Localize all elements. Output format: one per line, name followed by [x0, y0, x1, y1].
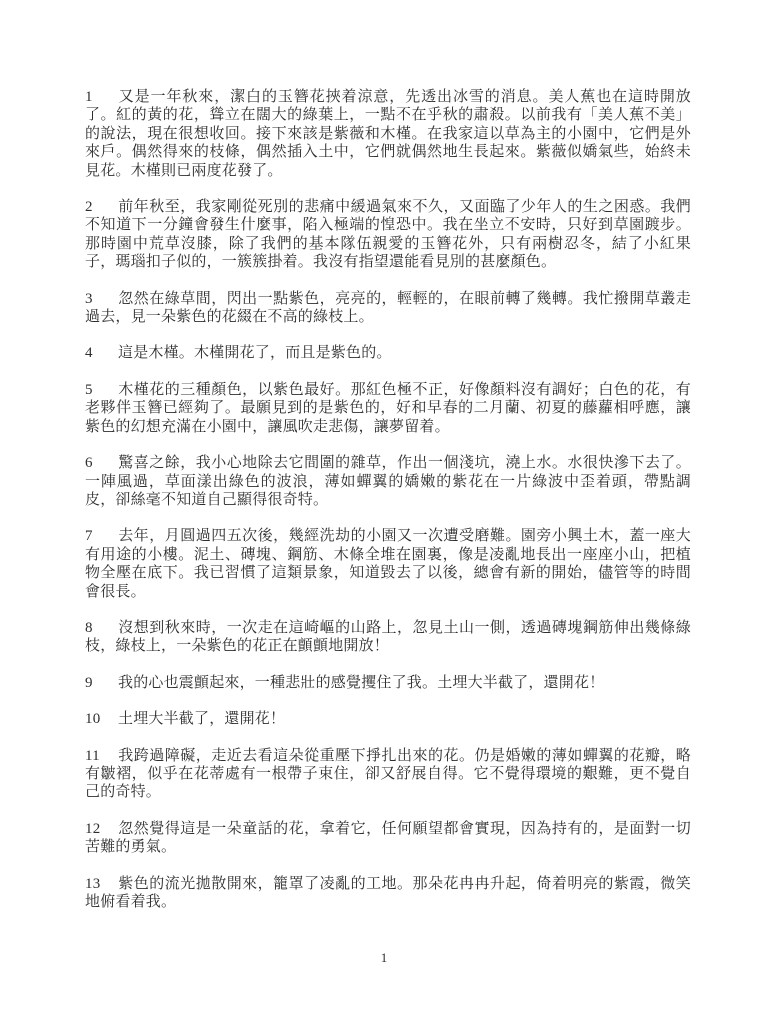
paragraph-number: 12	[85, 820, 118, 838]
paragraph-number: 4	[85, 344, 118, 362]
paragraph-text: 忽然在綠草間，閃出一點紫色，亮亮的，輕輕的，在眼前轉了幾轉。我忙撥開草叢走過去，…	[85, 291, 691, 325]
paragraph: 11我跨過障礙，走近去看這朵從重壓下掙扎出來的花。仍是婚嫩的薄如蟬翼的花瓣，略有…	[85, 747, 691, 802]
paragraph-number: 1	[85, 88, 118, 106]
paragraph-text: 紫色的流光拋散開來，籠罩了凌亂的工地。那朵花冉冉升起，倚着明亮的紫霞，微笑地俯看…	[85, 876, 691, 910]
paragraph: 12忽然覺得這是一朵童話的花，拿着它，任何願望都會實現，因為持有的，是面對一切苦…	[85, 820, 691, 857]
paragraph-text: 木槿花的三種顏色，以紫色最好。那紅色極不正，好像顏料沒有調好；白色的花，有老夥伴…	[85, 382, 691, 435]
paragraph: 2前年秋至，我家剛從死別的悲痛中緩過氣來不久，又面臨了少年人的生之困惑。我們不知…	[85, 198, 691, 272]
paragraph: 7去年，月圓過四五次後，幾經洗劫的小園又一次遭受磨難。園旁小興土木，蓋一座大有用…	[85, 527, 691, 601]
paragraph: 10土埋大半截了，還開花！	[85, 710, 691, 728]
paragraph-number: 9	[85, 674, 118, 692]
paragraph-number: 8	[85, 619, 118, 637]
paragraph-text: 我的心也震顫起來，一種悲壯的感覺攫住了我。土埋大半截了，還開花！	[118, 675, 604, 691]
paragraph-number: 6	[85, 454, 118, 472]
paragraph-number: 10	[85, 710, 118, 728]
paragraph-text: 忽然覺得這是一朵童話的花，拿着它，任何願望都會實現，因為持有的，是面對一切苦難的…	[85, 821, 691, 855]
paragraph-number: 13	[85, 875, 118, 893]
document-page: 1又是一年秋來，潔白的玉簪花挾着涼意，先透出冰雪的消息。美人蕉也在這時開放了。紅…	[0, 0, 768, 1024]
paragraph: 6驚喜之餘，我小心地除去它間圍的雜草，作出一個淺坑，澆上水。水很快滲下去了。一陣…	[85, 454, 691, 509]
paragraph-text: 沒想到秋來時，一次走在這崎嶇的山路上，忽見土山一側，透過磚塊鋼筋伸出幾條綠枝，綠…	[85, 620, 691, 654]
paragraph: 3忽然在綠草間，閃出一點紫色，亮亮的，輕輕的，在眼前轉了幾轉。我忙撥開草叢走過去…	[85, 290, 691, 327]
paragraph-text: 土埋大半截了，還開花！	[118, 711, 285, 727]
paragraph-number: 7	[85, 527, 118, 545]
paragraph-text: 前年秋至，我家剛從死別的悲痛中緩過氣來不久，又面臨了少年人的生之困惑。我們不知道…	[85, 199, 691, 270]
paragraph-text: 這是木槿。木槿開花了，而且是紫色的。	[118, 345, 392, 361]
paragraph: 8沒想到秋來時，一次走在這崎嶇的山路上，忽見土山一側，透過磚塊鋼筋伸出幾條綠枝，…	[85, 619, 691, 656]
paragraph-number: 5	[85, 381, 118, 399]
paragraph: 4這是木槿。木槿開花了，而且是紫色的。	[85, 344, 691, 362]
paragraph: 9我的心也震顫起來，一種悲壯的感覺攫住了我。土埋大半截了，還開花！	[85, 674, 691, 692]
paragraph-text: 驚喜之餘，我小心地除去它間圍的雜草，作出一個淺坑，澆上水。水很快滲下去了。一陣風…	[85, 455, 691, 508]
paragraph-number: 11	[85, 747, 118, 765]
paragraph-number: 2	[85, 198, 118, 216]
page-number: 1	[0, 950, 768, 966]
paragraph-text: 我跨過障礙，走近去看這朵從重壓下掙扎出來的花。仍是婚嫩的薄如蟬翼的花瓣，略有皺褶…	[85, 748, 691, 801]
paragraph-number: 3	[85, 290, 118, 308]
paragraph-text: 去年，月圓過四五次後，幾經洗劫的小園又一次遭受磨難。園旁小興土木，蓋一座大有用途…	[85, 528, 691, 599]
paragraph: 13紫色的流光拋散開來，籠罩了凌亂的工地。那朵花冉冉升起，倚着明亮的紫霞，微笑地…	[85, 875, 691, 912]
paragraph-text: 又是一年秋來，潔白的玉簪花挾着涼意，先透出冰雪的消息。美人蕉也在這時開放了。紅的…	[85, 89, 691, 179]
document-body: 1又是一年秋來，潔白的玉簪花挾着涼意，先透出冰雪的消息。美人蕉也在這時開放了。紅…	[85, 88, 691, 929]
paragraph: 1又是一年秋來，潔白的玉簪花挾着涼意，先透出冰雪的消息。美人蕉也在這時開放了。紅…	[85, 88, 691, 180]
paragraph: 5木槿花的三種顏色，以紫色最好。那紅色極不正，好像顏料沒有調好；白色的花，有老夥…	[85, 381, 691, 436]
